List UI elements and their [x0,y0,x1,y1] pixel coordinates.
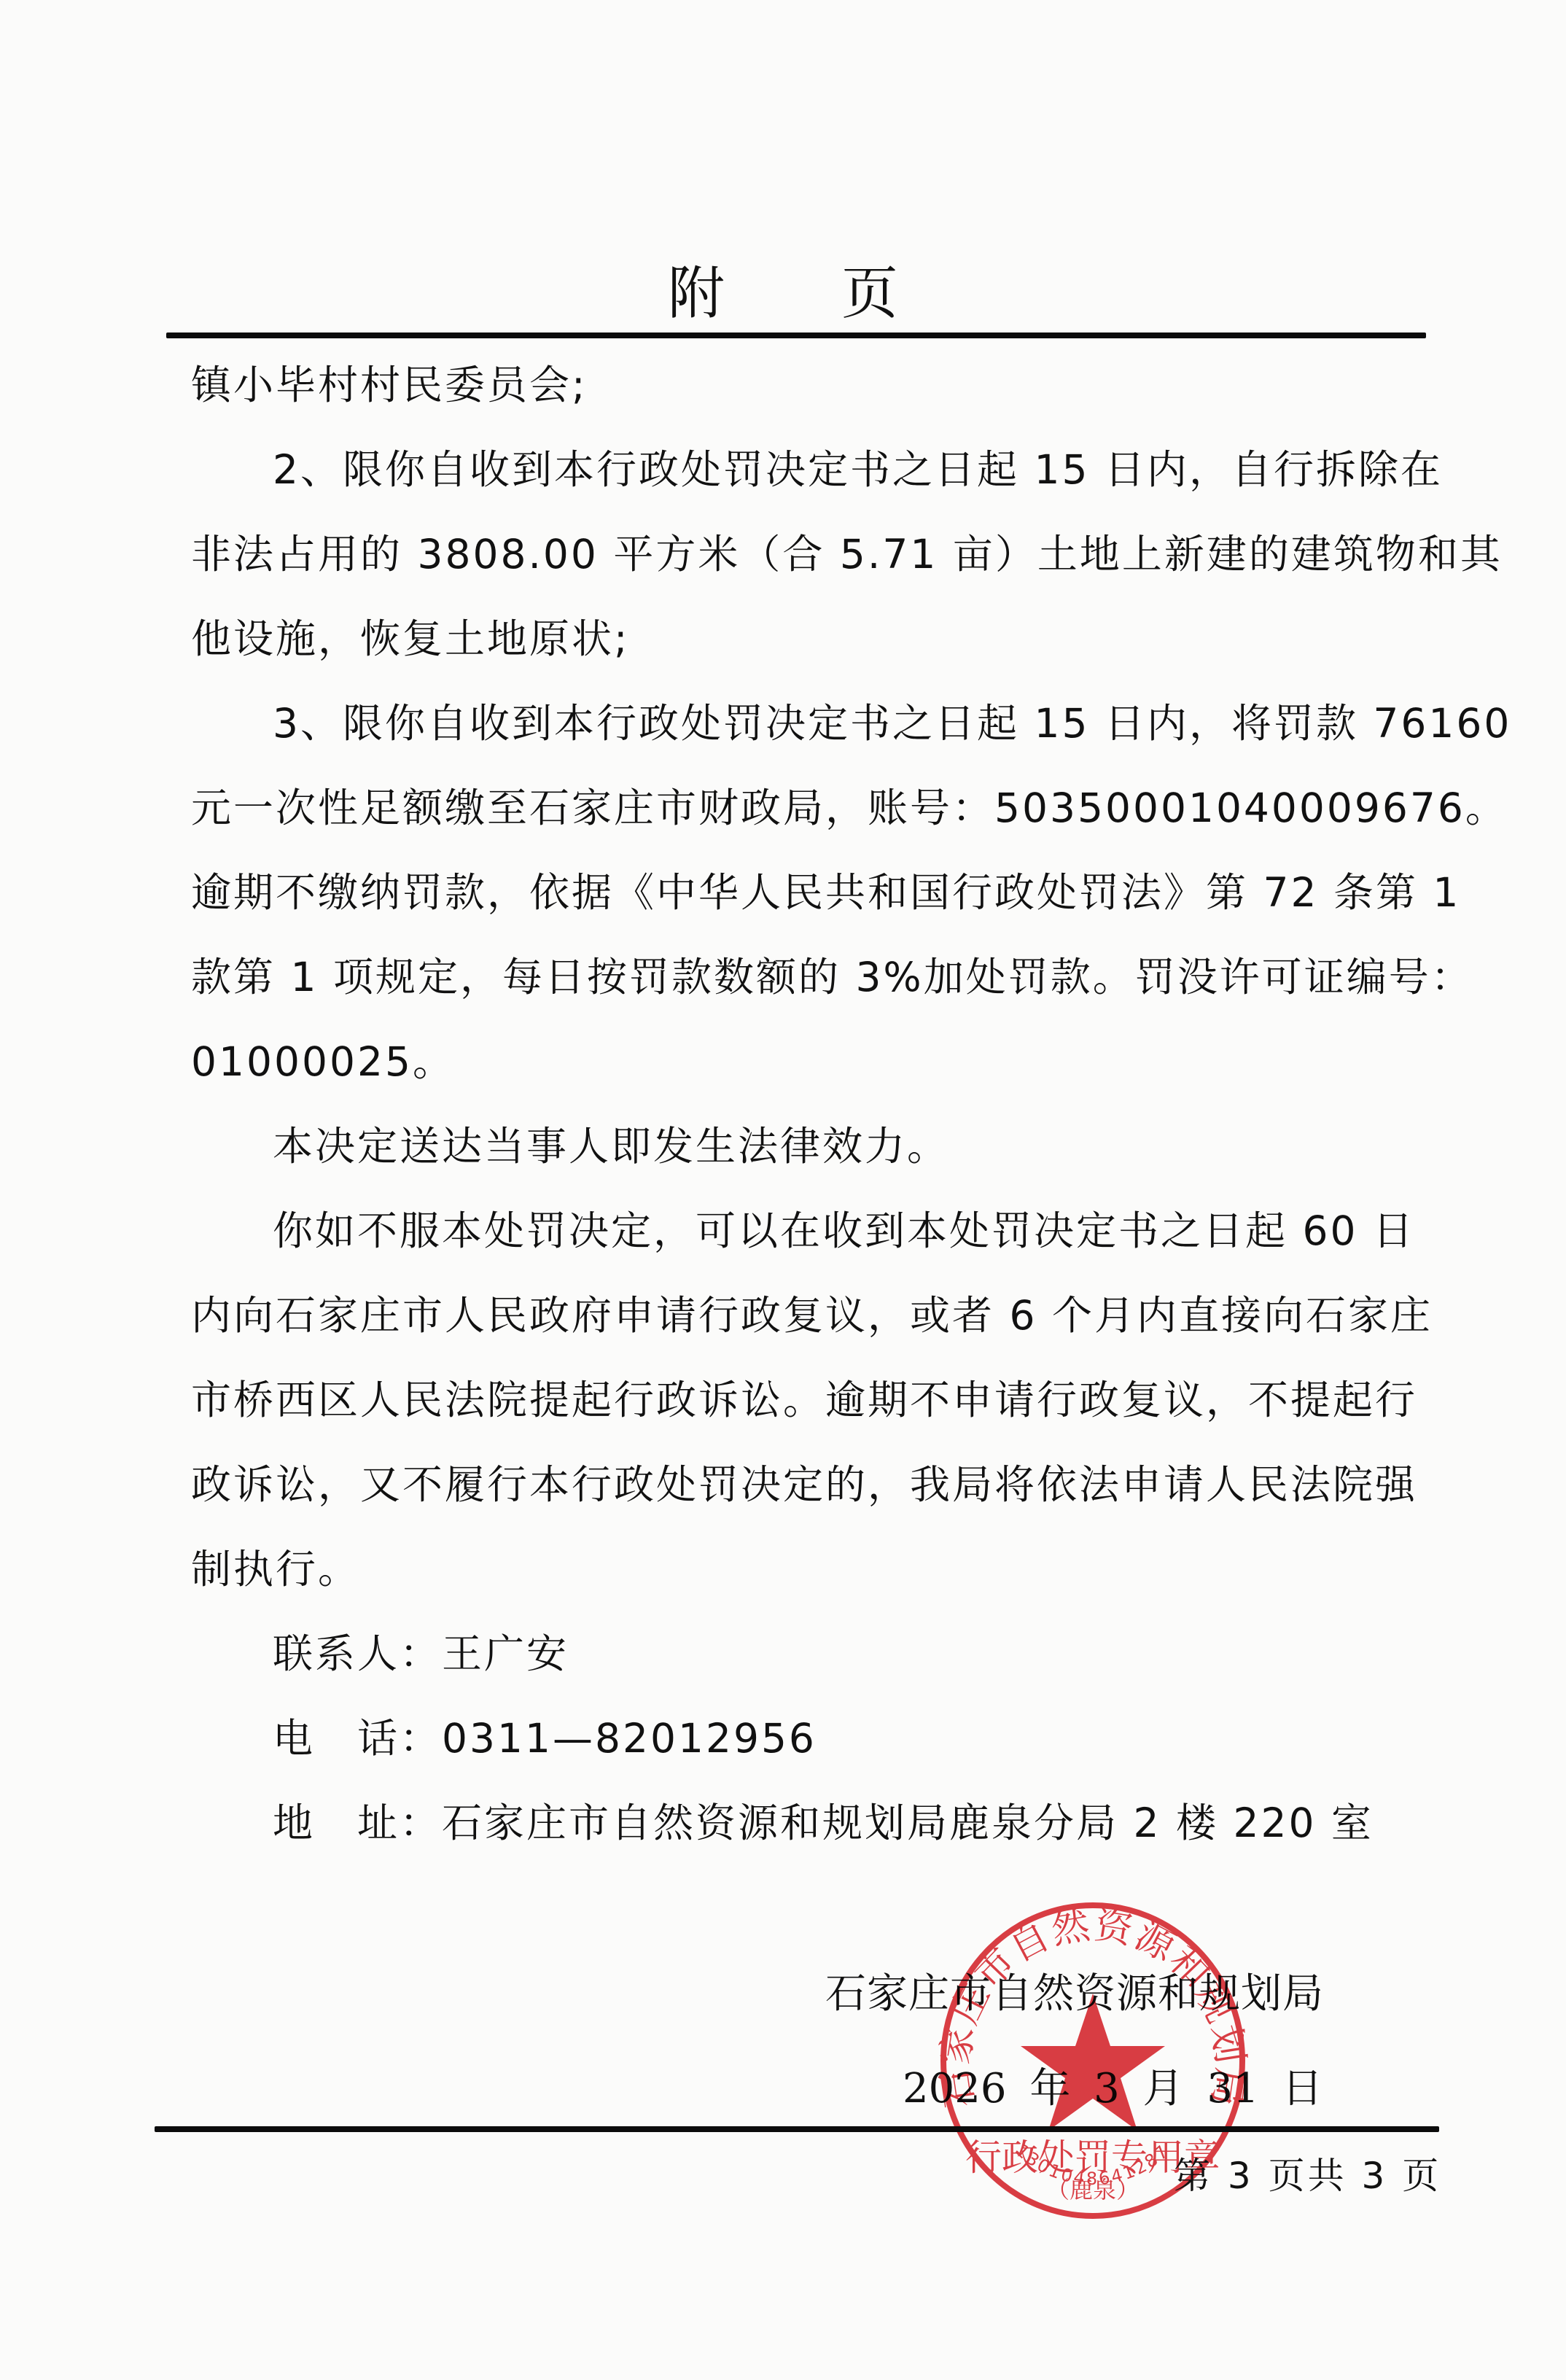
body-line: 非法占用的 3808.00 平方米（合 5.71 亩）土地上新建的建筑物和其 [191,512,1416,596]
body-line: 逾期不缴纳罚款，依据《中华人民共和国行政处罚法》第 72 条第 1 [191,850,1416,935]
page-number: 第 3 页共 3 页 [1174,2147,1441,2199]
body-line: 款第 1 项规定，每日按罚款数额的 3%加处罚款。罚没许可证编号： [191,935,1416,1019]
body-line: 内向石家庄市人民政府申请行政复议，或者 6 个月内直接向石家庄 [191,1273,1416,1358]
body-line: 元一次性足额缴至石家庄市财政局，账号：50350001040009676。 [191,766,1416,850]
contact-phone-label: 电 话： [273,1696,442,1781]
body-line: 01000025。 [191,1019,1416,1104]
body-line: 市桥西区人民法院提起行政诉讼。逾期不申请行政复议，不提起行 [191,1358,1416,1442]
body-line: 他设施，恢复土地原状; [191,596,1416,681]
header-rule [166,332,1426,338]
contact-person: 联系人：王广安 [191,1611,1416,1696]
contact-phone-value: 0311—82012956 [442,1715,817,1762]
contact-phone: 电 话：0311—82012956 [191,1696,1416,1781]
body-line: 3、限你自收到本行政处罚决定书之日起 15 日内，将罚款 76160 [191,681,1416,766]
body-line: 制执行。 [191,1527,1416,1611]
contact-address: 地 址：石家庄市自然资源和规划局鹿泉分局 2 楼 220 室 [191,1781,1416,1865]
body-line: 镇小毕村村民委员会; [191,343,1416,427]
footer-rule [155,2126,1439,2132]
contact-address-value: 石家庄市自然资源和规划局鹿泉分局 2 楼 220 室 [442,1800,1374,1846]
contact-person-label: 联系人： [273,1611,442,1696]
body-line: 2、限你自收到本行政处罚决定书之日起 15 日内，自行拆除在 [191,427,1416,512]
document-body: 镇小毕村村民委员会; 2、限你自收到本行政处罚决定书之日起 15 日内，自行拆除… [191,343,1416,1865]
body-line: 本决定送达当事人即发生法律效力。 [191,1104,1416,1189]
contact-address-label: 地 址： [273,1781,442,1865]
contact-person-value: 王广安 [442,1630,569,1677]
body-line: 政诉讼，又不履行本行政处罚决定的，我局将依法申请人民法院强 [191,1442,1416,1527]
page-title: 附页 [0,248,1566,330]
document-page: 附页 镇小毕村村民委员会; 2、限你自收到本行政处罚决定书之日起 15 日内，自… [0,0,1566,2380]
body-line: 你如不服本处罚决定，可以在收到本处罚决定书之日起 60 日 [191,1189,1416,1273]
